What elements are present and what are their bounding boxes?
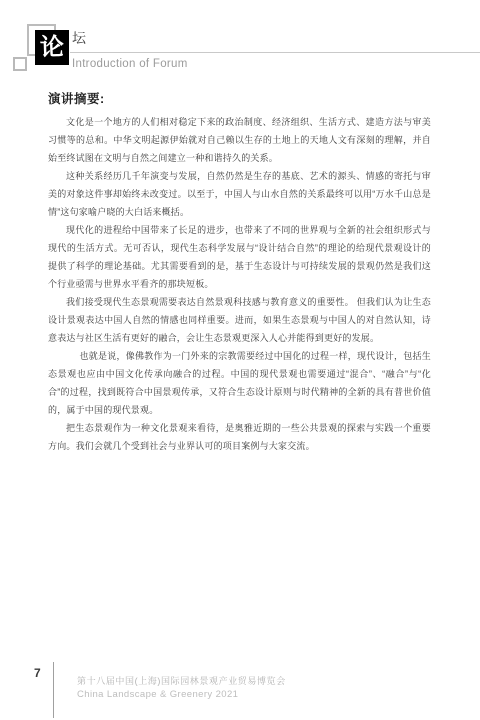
header-rule [70, 52, 480, 53]
abstract-paragraph: 这种关系经历几千年演变与发展，自然仍然是生存的基底、艺术的源头、情感的寄托与审美… [48, 167, 431, 221]
footer-divider [53, 662, 54, 718]
abstract-paragraphs: 文化是一个地方的人们相对稳定下来的政治制度、经济组织、生活方式、建造方法与审美习… [48, 113, 431, 455]
section-title-en: Introduction of Forum [72, 58, 188, 70]
footer-event-name-cn: 第十八届中国(上海)国际园林景观产业贸易博览会 [77, 674, 286, 688]
abstract-paragraph: 文化是一个地方的人们相对稳定下来的政治制度、经济组织、生活方式、建造方法与审美习… [48, 113, 431, 167]
document-page: 论 坛 Introduction of Forum 演讲摘要: 文化是一个地方的… [0, 0, 480, 720]
abstract-paragraph: 也就是说，像佛教作为一门外来的宗教需要经过中国化的过程一样，现代设计，包括生态景… [48, 347, 431, 419]
footer-event-name-en: China Landscape & Greenery 2021 [77, 688, 286, 702]
forum-logo: 论 [35, 30, 69, 65]
footer-text: 第十八届中国(上海)国际园林景观产业贸易博览会 China Landscape … [77, 674, 286, 702]
forum-logo-glyph: 论 [40, 35, 65, 60]
abstract-heading: 演讲摘要: [48, 89, 105, 107]
abstract-paragraph: 现代化的进程给中国带来了长足的进步，也带来了不同的世界观与全新的社会组织形式与现… [48, 221, 431, 293]
section-marker-box [13, 57, 27, 71]
page-number: 7 [34, 666, 41, 680]
abstract-paragraph: 把生态景观作为一种文化景观来看待，是奥雅近期的一些公共景观的探索与实践一个重要方… [48, 419, 431, 455]
abstract-paragraph: 我们接受现代生态景观需要表达自然景观科技感与教育意义的重要性。 但我们认为让生态… [48, 293, 431, 347]
section-title-cn: 坛 [72, 28, 87, 48]
